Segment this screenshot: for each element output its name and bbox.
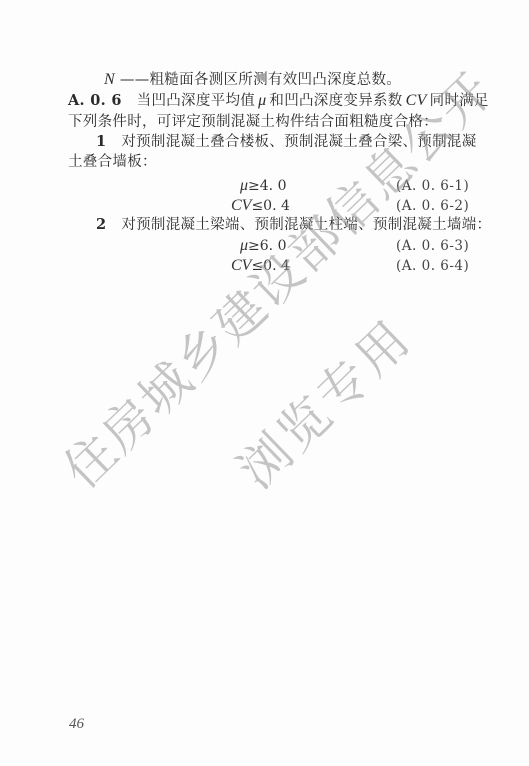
clause-number: A. 0. 6 bbox=[68, 92, 122, 109]
formula-lhs: CV bbox=[231, 197, 251, 214]
item-1-line-2: 土叠合墙板： bbox=[68, 152, 157, 172]
formula-lhs: CV bbox=[231, 257, 251, 274]
item-1-number: 1 bbox=[96, 133, 106, 150]
clause-line-2: 下列条件时，可评定预制混凝土构件结合面粗糙度合格： bbox=[68, 112, 438, 132]
page-number: 46 bbox=[69, 716, 84, 733]
variable-definition-n: N ——粗糙面各测区所测有效凹凸深度总数。 bbox=[104, 70, 401, 90]
clause-text-b: 和凹凸深度变异系数 bbox=[269, 93, 402, 109]
formula-lhs: μ bbox=[240, 177, 248, 194]
symbol-cv: CV bbox=[406, 92, 427, 109]
definition-text: ——粗糙面各测区所测有效凹凸深度总数。 bbox=[120, 72, 401, 88]
item-2-number: 2 bbox=[96, 216, 106, 233]
item-2-text: 对预制混凝土梁端、预制混凝土柱端、预制混凝土墙端： bbox=[121, 217, 491, 233]
document-page: N ——粗糙面各测区所测有效凹凸深度总数。 A. 0. 6 当凹凸深度平均值μ和… bbox=[0, 0, 529, 766]
formula-rel: ≥4. 0 bbox=[248, 178, 286, 194]
item-1-text: 对预制混凝土叠合楼板、预制混凝土叠合梁、预制混凝 bbox=[121, 134, 476, 150]
equation-number-4: (A. 0. 6-4) bbox=[396, 256, 469, 276]
formula-rel: ≤0. 4 bbox=[251, 198, 289, 214]
item-2: 2 对预制混凝土梁端、预制混凝土柱端、预制混凝土墙端： bbox=[96, 215, 491, 235]
symbol-mu: μ bbox=[258, 92, 266, 109]
symbol-n: N bbox=[104, 71, 115, 88]
clause-a-0-6: A. 0. 6 当凹凸深度平均值μ和凹凸深度变异系数CV同时满足 bbox=[68, 91, 489, 111]
equation-number-2: (A. 0. 6-2) bbox=[396, 196, 469, 216]
watermark-browse-only: 浏览专用 bbox=[220, 300, 425, 502]
formula-a-0-6-1: μ≥4. 0 bbox=[240, 176, 286, 196]
clause-text-a: 当凹凸深度平均值 bbox=[137, 93, 255, 109]
equation-number-3: (A. 0. 6-3) bbox=[396, 236, 469, 256]
formula-a-0-6-3: μ≥6. 0 bbox=[240, 236, 286, 256]
formula-a-0-6-2: CV≤0. 4 bbox=[231, 196, 290, 216]
formula-lhs: μ bbox=[240, 237, 248, 254]
clause-text-c: 同时满足 bbox=[430, 93, 489, 109]
equation-number-1: (A. 0. 6-1) bbox=[396, 176, 469, 196]
formula-rel: ≥6. 0 bbox=[248, 238, 286, 254]
item-1: 1 对预制混凝土叠合楼板、预制混凝土叠合梁、预制混凝 bbox=[96, 132, 477, 152]
formula-rel: ≤0. 4 bbox=[251, 258, 289, 274]
formula-a-0-6-4: CV≤0. 4 bbox=[231, 256, 290, 276]
